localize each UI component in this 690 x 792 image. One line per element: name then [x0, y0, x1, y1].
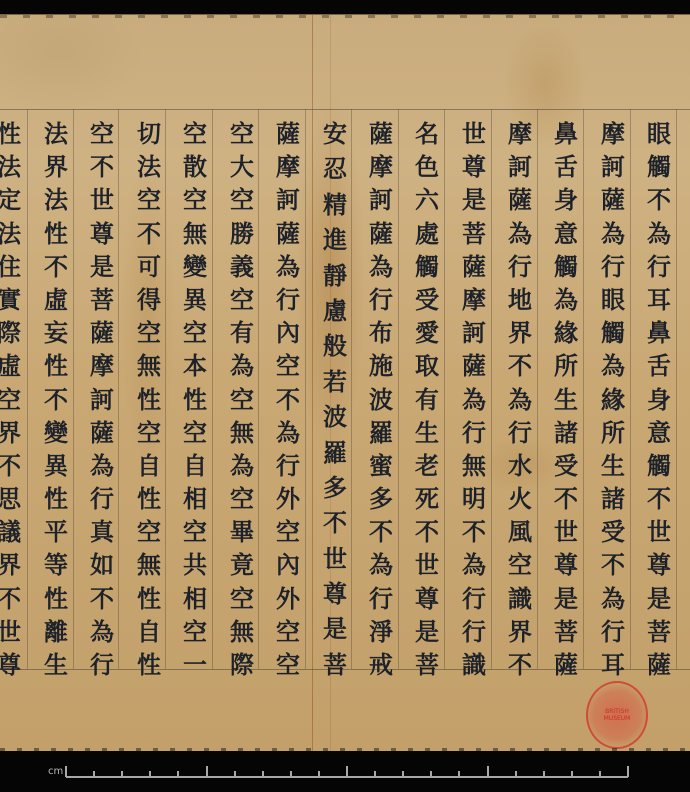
text-column-5: 世尊是菩薩摩訶薩為行無明不為行行識 — [459, 119, 489, 679]
glyph: 自 — [134, 617, 164, 646]
glyph: 定 — [0, 185, 24, 214]
glyph: 際 — [227, 650, 257, 679]
glyph: 世 — [87, 185, 117, 214]
glyph: 性 — [134, 584, 164, 613]
glyph: 不 — [0, 584, 24, 613]
glyph: 尊 — [551, 550, 581, 579]
glyph: 名 — [412, 119, 442, 148]
glyph: 法 — [0, 152, 24, 181]
column-rule — [212, 109, 213, 669]
glyph: 空 — [134, 517, 164, 546]
glyph: 薩 — [459, 252, 489, 281]
glyph: 法 — [0, 219, 24, 248]
minor-tick — [121, 771, 123, 777]
glyph: 若 — [320, 367, 350, 396]
glyph: 波 — [366, 385, 396, 414]
glyph: 界 — [41, 152, 71, 181]
glyph: 空 — [273, 517, 303, 546]
major-tick — [627, 766, 629, 777]
glyph: 住 — [0, 252, 24, 281]
glyph: 為 — [366, 550, 396, 579]
glyph: 精 — [320, 190, 350, 219]
glyph: 性 — [41, 584, 71, 613]
glyph: 法 — [41, 185, 71, 214]
glyph: 菩 — [459, 219, 489, 248]
glyph: 薩 — [366, 219, 396, 248]
glyph: 異 — [41, 451, 71, 480]
glyph: 是 — [459, 185, 489, 214]
column-rule — [537, 109, 538, 669]
glyph: 等 — [41, 550, 71, 579]
glyph: 空 — [180, 185, 210, 214]
glyph: 愛 — [412, 318, 442, 347]
minor-tick — [290, 771, 292, 777]
glyph: 離 — [41, 617, 71, 646]
glyph: 行 — [273, 451, 303, 480]
text-column-10: 空大空勝義空有為空無為空畢竟空無際 — [227, 119, 257, 679]
glyph: 世 — [644, 517, 674, 546]
glyph: 訶 — [87, 385, 117, 414]
column-rule — [258, 109, 259, 669]
glyph: 是 — [87, 252, 117, 281]
glyph: 鼻 — [551, 119, 581, 148]
glyph: 是 — [320, 614, 350, 643]
glyph: 不 — [551, 484, 581, 513]
glyph: 生 — [598, 451, 628, 480]
text-column-4: 摩訶薩為行地界不為行水火風空識界不 — [505, 119, 535, 679]
glyph: 空 — [180, 318, 210, 347]
glyph: 不 — [366, 517, 396, 546]
glyph: 緣 — [598, 385, 628, 414]
glyph: 切 — [134, 119, 164, 148]
glyph: 行 — [87, 650, 117, 679]
glyph: 摩 — [273, 152, 303, 181]
glyph: 摩 — [505, 119, 535, 148]
glyph: 不 — [598, 550, 628, 579]
glyph: 空 — [227, 484, 257, 513]
glyph: 為 — [551, 285, 581, 314]
column-rule — [491, 109, 492, 669]
glyph: 取 — [412, 351, 442, 380]
glyph: 世 — [320, 544, 350, 573]
glyph: 為 — [598, 351, 628, 380]
cm-scale-bar: cm — [40, 762, 640, 782]
glyph: 世 — [0, 617, 24, 646]
glyph: 摩 — [459, 285, 489, 314]
glyph: 菩 — [644, 617, 674, 646]
glyph: 空 — [134, 418, 164, 447]
glyph: 外 — [273, 584, 303, 613]
minor-tick — [599, 771, 601, 777]
column-rule — [118, 109, 119, 669]
glyph: 受 — [412, 285, 442, 314]
glyph: 空 — [505, 550, 535, 579]
glyph: 空 — [273, 351, 303, 380]
glyph: 為 — [227, 351, 257, 380]
glyph: 界 — [505, 318, 535, 347]
glyph: 訶 — [598, 152, 628, 181]
glyph: 一 — [180, 650, 210, 679]
glyph: 觸 — [551, 252, 581, 281]
glyph: 竟 — [227, 550, 257, 579]
glyph: 多 — [320, 473, 350, 502]
glyph: 法 — [41, 119, 71, 148]
paper-join-seam — [312, 15, 313, 751]
glyph: 變 — [180, 252, 210, 281]
glyph: 慮 — [320, 296, 350, 325]
glyph: 眼 — [644, 119, 674, 148]
glyph: 虛 — [0, 351, 24, 380]
glyph: 死 — [412, 484, 442, 513]
glyph: 安 — [320, 119, 350, 148]
glyph: 無 — [180, 219, 210, 248]
glyph: 進 — [320, 225, 350, 254]
glyph: 為 — [598, 584, 628, 613]
glyph: 為 — [87, 617, 117, 646]
glyph: 為 — [598, 219, 628, 248]
column-rule — [351, 109, 352, 669]
glyph: 空 — [0, 385, 24, 414]
glyph: 為 — [87, 451, 117, 480]
glyph: 空 — [227, 119, 257, 148]
glyph: 薩 — [551, 650, 581, 679]
column-rule — [676, 109, 677, 669]
glyph: 空 — [134, 185, 164, 214]
glyph: 界 — [0, 550, 24, 579]
glyph: 觸 — [598, 318, 628, 347]
text-column-3: 鼻舌身意觸為緣所生諸受不世尊是菩薩 — [551, 119, 581, 679]
glyph: 薩 — [87, 318, 117, 347]
glyph: 戒 — [366, 650, 396, 679]
glyph: 不 — [87, 152, 117, 181]
glyph: 身 — [551, 185, 581, 214]
glyph: 不 — [273, 385, 303, 414]
glyph: 外 — [273, 484, 303, 513]
glyph: 生 — [551, 385, 581, 414]
glyph: 大 — [227, 152, 257, 181]
seal-text: BRITISH MUSEUM — [595, 708, 639, 722]
glyph: 世 — [551, 517, 581, 546]
glyph: 識 — [505, 584, 535, 613]
glyph: 義 — [227, 252, 257, 281]
glyph: 有 — [227, 318, 257, 347]
glyph: 散 — [180, 152, 210, 181]
glyph: 自 — [180, 451, 210, 480]
column-rule — [27, 109, 28, 669]
glyph: 身 — [644, 385, 674, 414]
glyph: 老 — [412, 451, 442, 480]
glyph: 性 — [134, 385, 164, 414]
glyph: 勝 — [227, 219, 257, 248]
glyph: 不 — [41, 252, 71, 281]
glyph: 空 — [273, 650, 303, 679]
glyph: 菩 — [87, 285, 117, 314]
glyph: 空 — [227, 385, 257, 414]
minor-tick — [262, 771, 264, 777]
column-rule — [444, 109, 445, 669]
glyph: 世 — [412, 550, 442, 579]
column-rule — [305, 109, 306, 669]
glyph: 性 — [41, 351, 71, 380]
glyph: 菩 — [320, 650, 350, 679]
glyph: 行 — [459, 418, 489, 447]
glyph: 性 — [134, 484, 164, 513]
glyph: 訶 — [459, 318, 489, 347]
text-column-6: 名色六處觸受愛取有生老死不世尊是菩 — [412, 119, 442, 679]
column-rule — [583, 109, 584, 669]
glyph: 薩 — [87, 418, 117, 447]
glyph: 諸 — [551, 418, 581, 447]
text-column-1: 眼觸不為行耳鼻舌身意觸不世尊是菩薩 — [644, 119, 674, 679]
glyph: 羅 — [366, 418, 396, 447]
top-margin-rule — [0, 109, 690, 110]
glyph: 本 — [180, 351, 210, 380]
glyph: 羅 — [320, 438, 350, 467]
text-column-2: 摩訶薩為行眼觸為緣所生諸受不為行耳 — [598, 119, 628, 679]
glyph: 生 — [412, 418, 442, 447]
glyph: 明 — [459, 484, 489, 513]
glyph: 行 — [505, 252, 535, 281]
column-rule — [165, 109, 166, 669]
glyph: 布 — [366, 318, 396, 347]
glyph: 薩 — [644, 650, 674, 679]
glyph: 耳 — [644, 285, 674, 314]
glyph: 空 — [227, 584, 257, 613]
glyph: 菩 — [551, 617, 581, 646]
glyph: 靜 — [320, 261, 350, 290]
glyph: 地 — [505, 285, 535, 314]
minor-tick — [93, 771, 95, 777]
glyph: 自 — [134, 451, 164, 480]
glyph: 薩 — [273, 119, 303, 148]
glyph: 受 — [551, 451, 581, 480]
glyph: 變 — [41, 418, 71, 447]
glyph: 所 — [551, 351, 581, 380]
glyph: 火 — [505, 484, 535, 513]
glyph: 不 — [320, 508, 350, 537]
minor-tick — [402, 771, 404, 777]
glyph: 性 — [0, 119, 24, 148]
glyph: 不 — [644, 185, 674, 214]
glyph: 相 — [180, 584, 210, 613]
major-tick — [346, 766, 348, 777]
glyph: 為 — [273, 418, 303, 447]
glyph: 摩 — [87, 351, 117, 380]
glyph: 行 — [366, 584, 396, 613]
glyph: 無 — [227, 418, 257, 447]
glyph: 性 — [180, 385, 210, 414]
glyph: 忍 — [320, 154, 350, 183]
glyph: 空 — [180, 617, 210, 646]
glyph: 不 — [459, 517, 489, 546]
glyph: 異 — [180, 285, 210, 314]
glyph: 為 — [459, 385, 489, 414]
scale-unit-label: cm — [48, 766, 63, 777]
glyph: 空 — [87, 119, 117, 148]
glyph: 思 — [0, 484, 24, 513]
text-column-11: 空散空無變異空本性空自相空共相空一 — [180, 119, 210, 679]
glyph: 性 — [134, 650, 164, 679]
glyph: 不 — [412, 517, 442, 546]
text-column-15: 性法定法住實際虛空界不思議界不世尊 — [0, 119, 24, 679]
glyph: 無 — [134, 351, 164, 380]
glyph: 訶 — [366, 185, 396, 214]
glyph: 如 — [87, 550, 117, 579]
glyph: 性 — [41, 484, 71, 513]
glyph: 蜜 — [366, 451, 396, 480]
glyph: 觸 — [644, 451, 674, 480]
text-column-13: 空不世尊是菩薩摩訶薩為行真如不為行 — [87, 119, 117, 679]
glyph: 實 — [0, 285, 24, 314]
text-column-14: 法界法性不虛妄性不變異性平等性離生 — [41, 119, 71, 679]
glyph: 為 — [505, 385, 535, 414]
glyph: 無 — [134, 550, 164, 579]
glyph: 是 — [412, 617, 442, 646]
minor-tick — [318, 771, 320, 777]
glyph: 識 — [459, 650, 489, 679]
glyph: 尊 — [320, 579, 350, 608]
glyph: 多 — [366, 484, 396, 513]
glyph: 薩 — [598, 185, 628, 214]
glyph: 為 — [366, 252, 396, 281]
text-column-12: 切法空不可得空無性空自性空無性自性 — [134, 119, 164, 679]
glyph: 空 — [180, 517, 210, 546]
glyph: 為 — [644, 219, 674, 248]
glyph: 可 — [134, 252, 164, 281]
glyph: 空 — [227, 285, 257, 314]
glyph: 所 — [598, 418, 628, 447]
glyph: 不 — [505, 650, 535, 679]
minor-tick — [149, 771, 151, 777]
glyph: 內 — [273, 550, 303, 579]
glyph: 行 — [598, 617, 628, 646]
major-tick — [65, 766, 67, 777]
glyph: 畢 — [227, 517, 257, 546]
glyph: 平 — [41, 517, 71, 546]
glyph: 妄 — [41, 318, 71, 347]
glyph: 行 — [366, 285, 396, 314]
glyph: 界 — [505, 617, 535, 646]
glyph: 鼻 — [644, 318, 674, 347]
glyph: 生 — [41, 650, 71, 679]
manuscript-paper: 眼觸不為行耳鼻舌身意觸不世尊是菩薩 摩訶薩為行眼觸為緣所生諸受不為行耳 鼻舌身意… — [0, 14, 690, 751]
glyph: 薩 — [505, 185, 535, 214]
glyph: 不 — [41, 385, 71, 414]
glyph: 不 — [505, 351, 535, 380]
glyph: 觸 — [644, 152, 674, 181]
glyph: 無 — [459, 451, 489, 480]
glyph: 議 — [0, 517, 24, 546]
glyph: 水 — [505, 451, 535, 480]
glyph: 色 — [412, 152, 442, 181]
glyph: 為 — [227, 451, 257, 480]
glyph: 意 — [644, 418, 674, 447]
glyph: 尊 — [459, 152, 489, 181]
glyph: 內 — [273, 318, 303, 347]
text-column-7: 薩摩訶薩為行布施波羅蜜多不為行淨戒 — [366, 119, 396, 679]
glyph: 虛 — [41, 285, 71, 314]
column-rule — [398, 109, 399, 669]
glyph: 六 — [412, 185, 442, 214]
glyph: 摩 — [598, 119, 628, 148]
glyph: 行 — [459, 617, 489, 646]
glyph: 尊 — [644, 550, 674, 579]
glyph: 空 — [180, 119, 210, 148]
glyph: 風 — [505, 517, 535, 546]
glyph: 為 — [505, 219, 535, 248]
glyph: 舌 — [551, 152, 581, 181]
glyph: 薩 — [273, 219, 303, 248]
glyph: 眼 — [598, 285, 628, 314]
glyph: 受 — [598, 517, 628, 546]
glyph: 行 — [598, 252, 628, 281]
glyph: 空 — [134, 318, 164, 347]
glyph: 無 — [227, 617, 257, 646]
glyph: 共 — [180, 550, 210, 579]
glyph: 緣 — [551, 318, 581, 347]
glyph: 不 — [87, 584, 117, 613]
minor-tick — [515, 771, 517, 777]
column-rule — [73, 109, 74, 669]
minor-tick — [177, 771, 179, 777]
column-rule — [630, 109, 631, 669]
glyph: 行 — [644, 252, 674, 281]
glyph: 諸 — [598, 484, 628, 513]
glyph: 際 — [0, 318, 24, 347]
glyph: 意 — [551, 219, 581, 248]
glyph: 空 — [180, 418, 210, 447]
glyph: 薩 — [459, 351, 489, 380]
glyph: 是 — [644, 584, 674, 613]
glyph: 真 — [87, 517, 117, 546]
minor-tick — [543, 771, 545, 777]
glyph: 訶 — [273, 185, 303, 214]
minor-tick — [571, 771, 573, 777]
minor-tick — [234, 771, 236, 777]
glyph: 不 — [0, 451, 24, 480]
glyph: 尊 — [412, 584, 442, 613]
minor-tick — [430, 771, 432, 777]
glyph: 尊 — [0, 650, 24, 679]
text-column-9: 薩摩訶薩為行內空不為行外空內外空空 — [273, 119, 303, 679]
minor-tick — [374, 771, 376, 777]
glyph: 行 — [273, 285, 303, 314]
glyph: 觸 — [412, 252, 442, 281]
red-collection-seal: BRITISH MUSEUM — [586, 681, 648, 749]
glyph: 界 — [0, 418, 24, 447]
glyph: 世 — [459, 119, 489, 148]
glyph: 得 — [134, 285, 164, 314]
glyph: 施 — [366, 351, 396, 380]
glyph: 波 — [320, 402, 350, 431]
glyph: 尊 — [87, 219, 117, 248]
glyph: 薩 — [366, 119, 396, 148]
glyph: 有 — [412, 385, 442, 414]
glyph: 為 — [273, 252, 303, 281]
glyph: 不 — [134, 219, 164, 248]
glyph: 為 — [459, 550, 489, 579]
glyph: 是 — [551, 584, 581, 613]
glyph: 空 — [227, 185, 257, 214]
glyph: 舌 — [644, 351, 674, 380]
glyph: 行 — [505, 418, 535, 447]
glyph: 訶 — [505, 152, 535, 181]
glyph: 行 — [87, 484, 117, 513]
glyph: 相 — [180, 484, 210, 513]
glyph: 菩 — [412, 650, 442, 679]
glyph: 般 — [320, 331, 350, 360]
major-tick — [487, 766, 489, 777]
